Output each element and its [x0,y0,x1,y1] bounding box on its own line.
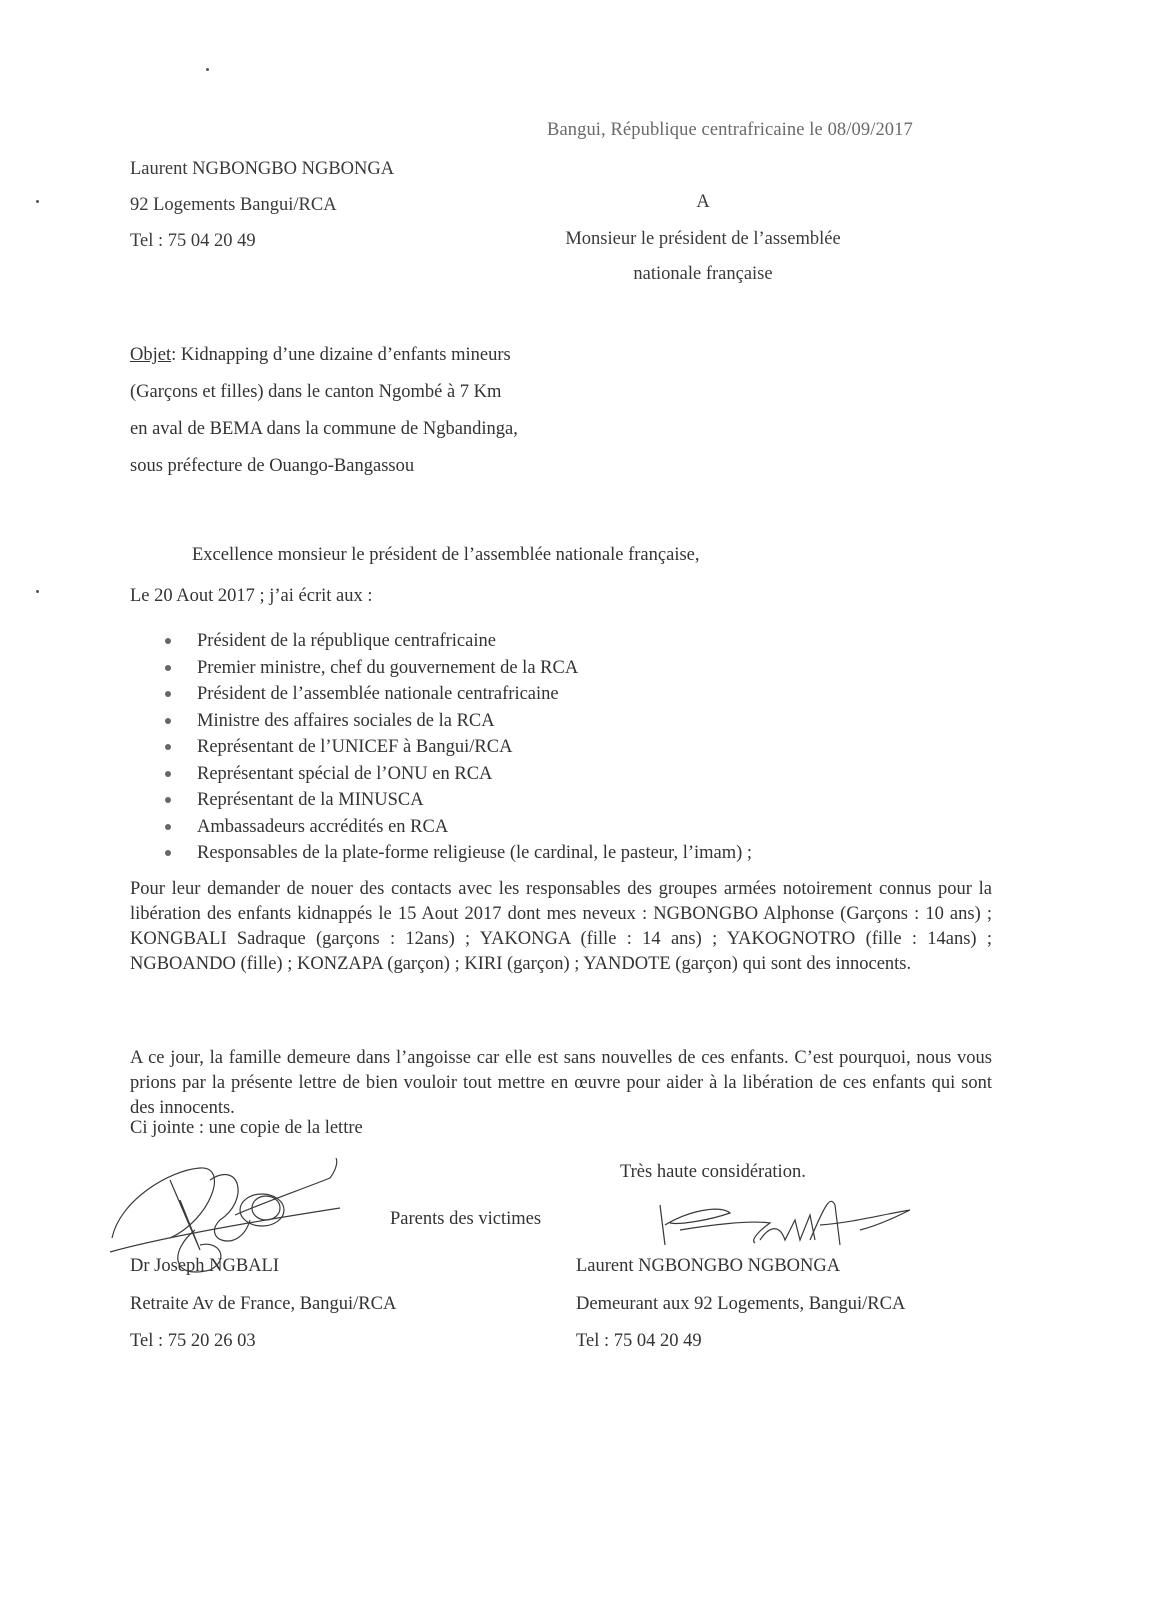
bullet-icon [165,718,171,724]
salutation: Excellence monsieur le président de l’as… [192,545,700,566]
subject-line-4: sous préfecture de Ouango-Bangassou [130,456,414,477]
subject-label: Objet [130,345,171,365]
attachment-note: Ci jointe : une copie de la lettre [130,1118,363,1139]
list-item: Président de la république centrafricain… [165,628,752,655]
bullet-icon [165,638,171,644]
letter-page: Bangui, République centrafricaine le 08/… [0,0,1163,1600]
list-item: Représentant de l’UNICEF à Bangui/RCA [165,734,752,761]
intro-line: Le 20 Aout 2017 ; j’ai écrit aux : [130,586,373,607]
list-item: Responsables de la plate-forme religieus… [165,840,752,867]
sender-phone: Tel : 75 04 20 49 [130,231,256,252]
closing-regards: Très haute considération. [620,1162,806,1183]
list-item: Représentant de la MINUSCA [165,787,752,814]
recipient-line2: nationale française [503,264,903,285]
scan-speck [36,590,39,593]
bullet-icon [165,797,171,803]
scan-speck [206,68,209,71]
paragraph-request: Pour leur demander de nouer des contacts… [130,877,992,977]
bullet-icon [165,850,171,856]
place-date: Bangui, République centrafricaine le 08/… [547,120,913,141]
recipient-line1: Monsieur le président de l’assemblée [503,229,903,250]
signature-right-icon [660,1185,920,1255]
scan-speck [36,200,39,203]
list-item: Ministre des affaires sociales de la RCA [165,708,752,735]
list-item: Ambassadeurs accrédités en RCA [165,814,752,841]
bullet-icon [165,744,171,750]
subject-line-1: Objet: Kidnapping d’une dizaine d’enfant… [130,345,511,366]
recipients-list: Président de la république centrafricain… [165,628,752,867]
signatory-1-phone: Tel : 75 20 26 03 [130,1331,256,1352]
signature-left-icon [100,1160,360,1300]
list-item: Premier ministre, chef du gouvernement d… [165,655,752,682]
bullet-icon [165,824,171,830]
signatory-2-phone: Tel : 75 04 20 49 [576,1331,702,1352]
sender-name: Laurent NGBONGBO NGBONGA [130,159,394,180]
signatory-1-name: Dr Joseph NGBALI [130,1256,279,1277]
bullet-icon [165,771,171,777]
recipient-prefix: A [503,192,903,213]
subject-line-2: (Garçons et filles) dans le canton Ngomb… [130,382,501,403]
signatory-1-detail: Retraite Av de France, Bangui/RCA [130,1294,396,1315]
list-item: Président de l’assemblée nationale centr… [165,681,752,708]
subject-line-3: en aval de BEMA dans la commune de Ngban… [130,419,518,440]
sender-address: 92 Logements Bangui/RCA [130,195,337,216]
signatory-2-name: Laurent NGBONGBO NGBONGA [576,1256,840,1277]
group-label: Parents des victimes [390,1209,541,1230]
paragraph-plea: A ce jour, la famille demeure dans l’ang… [130,1046,992,1121]
list-item: Représentant spécial de l’ONU en RCA [165,761,752,788]
bullet-icon [165,665,171,671]
signatory-2-detail: Demeurant aux 92 Logements, Bangui/RCA [576,1294,905,1315]
subject-text: : Kidnapping d’une dizaine d’enfants min… [171,345,511,365]
bullet-icon [165,691,171,697]
